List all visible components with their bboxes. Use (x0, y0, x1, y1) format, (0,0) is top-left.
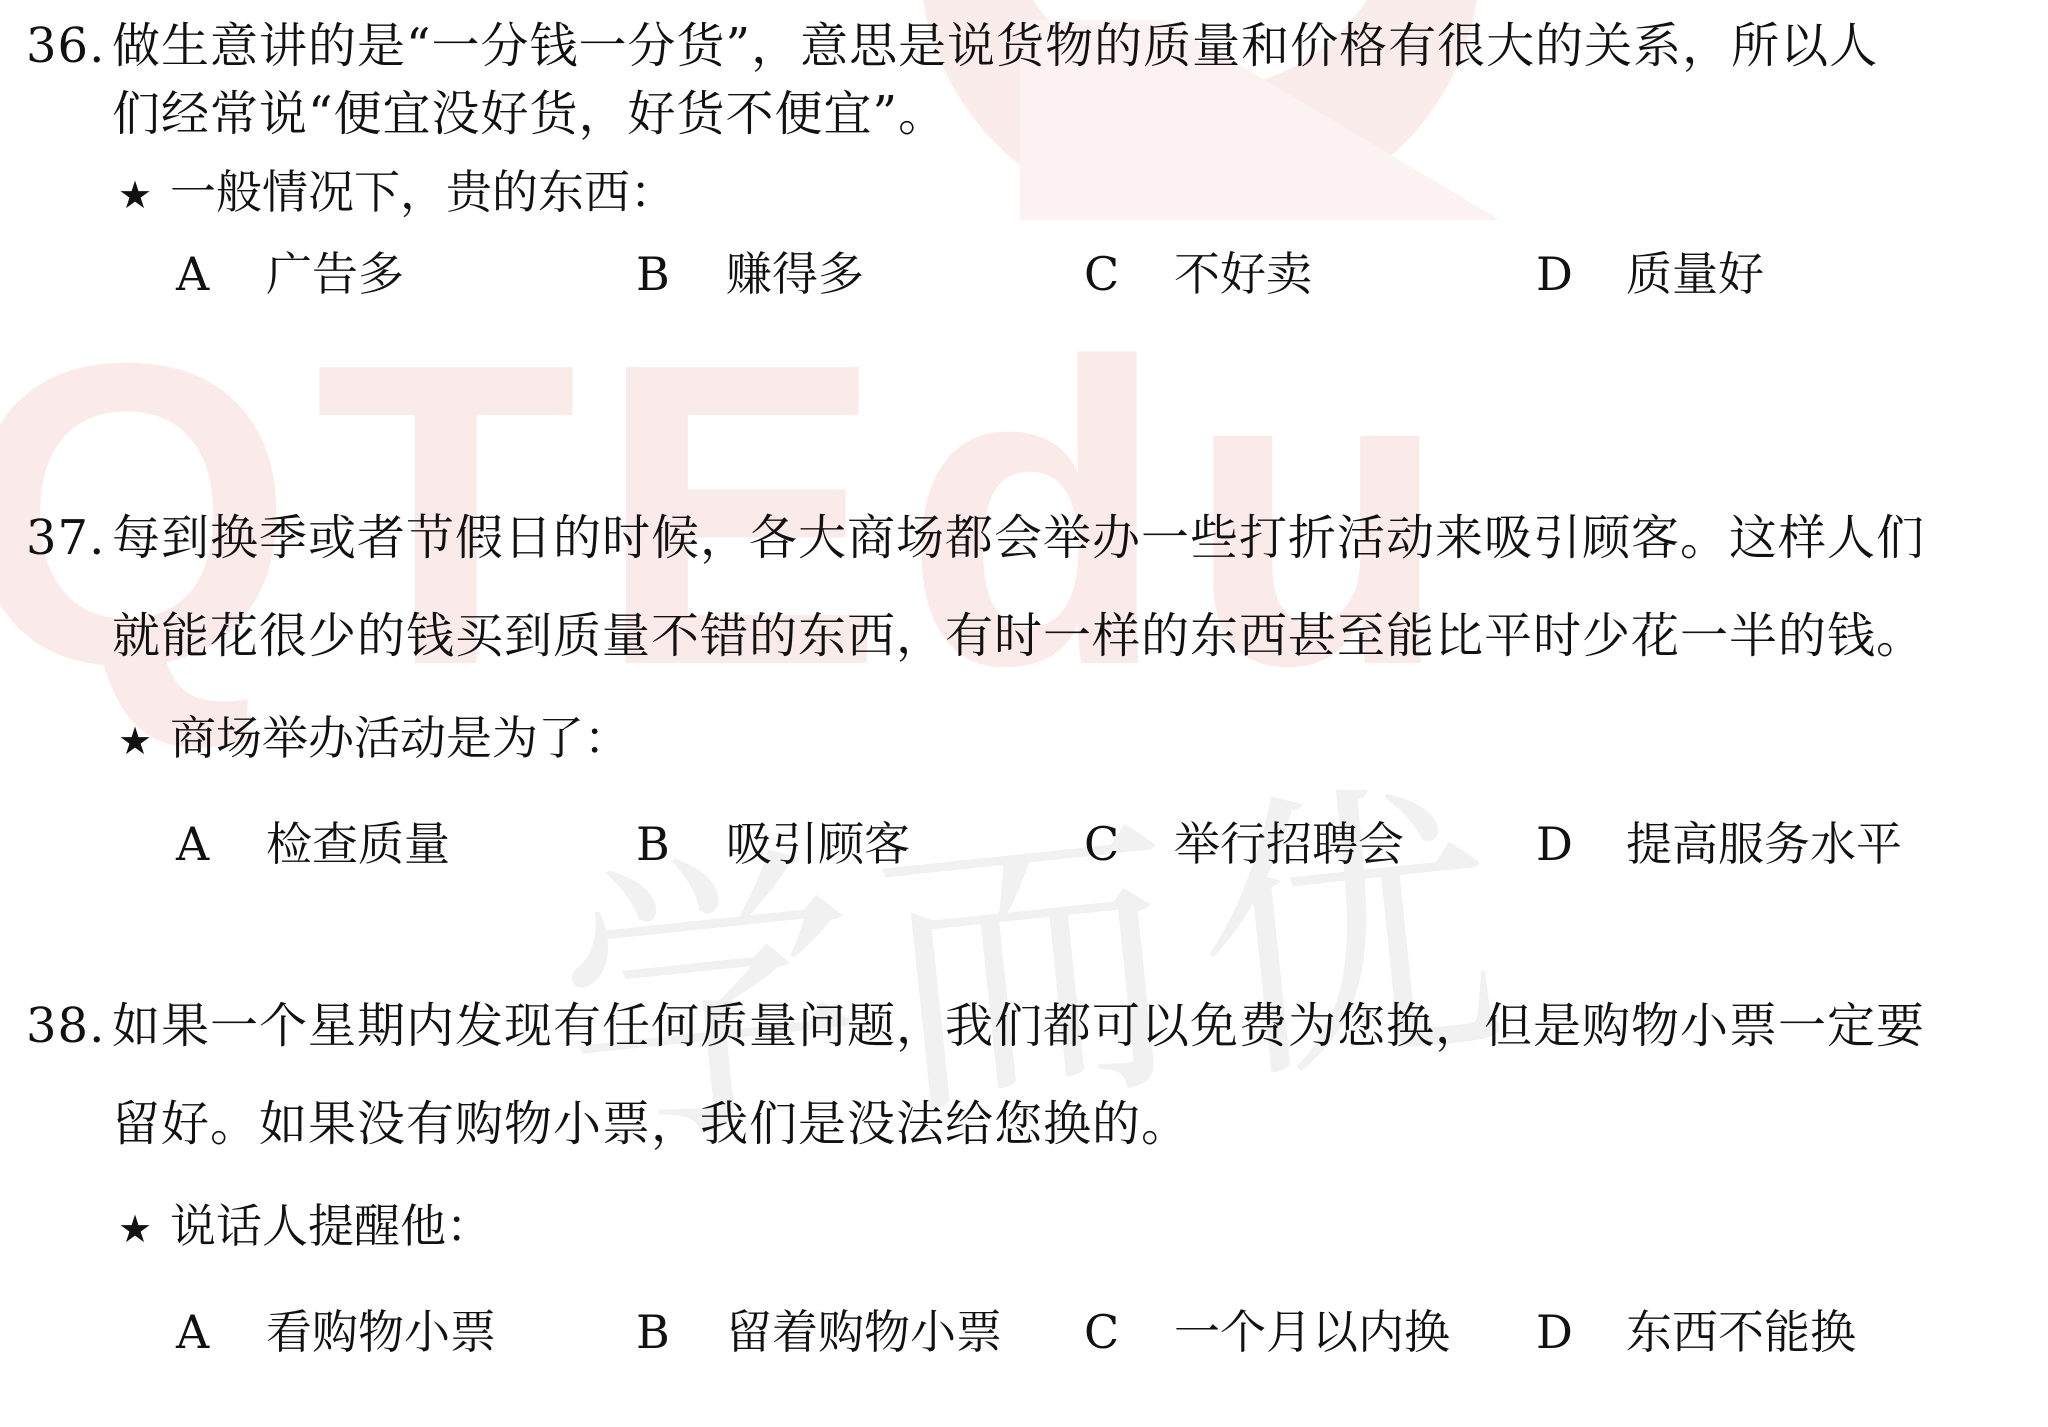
option-letter: C (1084, 244, 1174, 304)
option-text: 质量好 (1626, 247, 1764, 301)
option-letter: B (636, 814, 726, 874)
passage-text: 做生意讲的是“一分钱一分货”，意思是说货物的质量和价格有很大的关系，所以人 (112, 18, 1878, 74)
question-passage-line-2: 就能花很少的钱买到质量不错的东西，有时一样的东西甚至能比平时少花一半的钱。 (112, 606, 1925, 666)
prompt-text: 一般情况下，贵的东西： (170, 165, 676, 219)
option-text: 不好卖 (1174, 247, 1312, 301)
option-d[interactable]: D东西不能换 (1536, 1302, 1856, 1362)
question-passage-line-1: 38.如果一个星期内发现有任何质量问题，我们都可以免费为您换，但是购物小票一定要 (26, 996, 1925, 1056)
option-letter: B (636, 1302, 726, 1362)
option-letter: A (176, 814, 266, 874)
question-prompt: ★说话人提醒他： (118, 1196, 492, 1259)
question-passage-line-1: 37.每到换季或者节假日的时候，各大商场都会举办一些打折活动来吸引顾客。这样人们 (26, 508, 1925, 568)
option-letter: A (176, 1302, 266, 1362)
passage-text: 就能花很少的钱买到质量不错的东西，有时一样的东西甚至能比平时少花一半的钱。 (112, 608, 1925, 664)
passage-text: 留好。如果没有购物小票，我们是没法给您换的。 (112, 1096, 1190, 1152)
option-a[interactable]: A检查质量 (176, 814, 450, 874)
question-passage-line-2: 们经常说“便宜没好货，好货不便宜”。 (112, 84, 947, 144)
question-passage-line-2: 留好。如果没有购物小票，我们是没法给您换的。 (112, 1094, 1190, 1154)
option-text: 检查质量 (266, 817, 450, 871)
question-prompt: ★商场举办活动是为了： (118, 708, 630, 771)
option-letter: D (1536, 814, 1626, 874)
question-passage-line-1: 36.做生意讲的是“一分钱一分货”，意思是说货物的质量和价格有很大的关系，所以人 (26, 16, 1878, 76)
passage-text: 如果一个星期内发现有任何质量问题，我们都可以免费为您换，但是购物小票一定要 (112, 998, 1925, 1054)
question-number: 37. (26, 508, 112, 568)
prompt-text: 说话人提醒他： (170, 1199, 492, 1253)
prompt-text: 商场举办活动是为了： (170, 711, 630, 765)
option-text: 一个月以内换 (1174, 1305, 1450, 1359)
option-text: 赚得多 (726, 247, 864, 301)
option-c[interactable]: C举行招聘会 (1084, 814, 1404, 874)
option-letter: D (1536, 1302, 1626, 1362)
option-text: 吸引顾客 (726, 817, 910, 871)
option-c[interactable]: C一个月以内换 (1084, 1302, 1450, 1362)
option-letter: B (636, 244, 726, 304)
star-icon: ★ (118, 1199, 170, 1259)
option-letter: C (1084, 1302, 1174, 1362)
option-text: 东西不能换 (1626, 1305, 1856, 1359)
option-d[interactable]: D质量好 (1536, 244, 1764, 304)
option-a[interactable]: A广告多 (176, 244, 404, 304)
option-b[interactable]: B赚得多 (636, 244, 864, 304)
question-number: 36. (26, 16, 112, 76)
star-icon: ★ (118, 711, 170, 771)
option-c[interactable]: C不好卖 (1084, 244, 1312, 304)
question-prompt: ★一般情况下，贵的东西： (118, 162, 676, 225)
option-text: 留着购物小票 (726, 1305, 1002, 1359)
option-text: 提高服务水平 (1626, 817, 1902, 871)
question-number: 38. (26, 996, 112, 1056)
option-letter: C (1084, 814, 1174, 874)
star-icon: ★ (118, 165, 170, 225)
option-d[interactable]: D提高服务水平 (1536, 814, 1902, 874)
option-a[interactable]: A看购物小票 (176, 1302, 496, 1362)
option-letter: A (176, 244, 266, 304)
option-text: 广告多 (266, 247, 404, 301)
option-text: 举行招聘会 (1174, 817, 1404, 871)
passage-text: 每到换季或者节假日的时候，各大商场都会举办一些打折活动来吸引顾客。这样人们 (112, 510, 1925, 566)
option-letter: D (1536, 244, 1626, 304)
option-text: 看购物小票 (266, 1305, 496, 1359)
passage-text: 们经常说“便宜没好货，好货不便宜”。 (112, 86, 947, 142)
option-b[interactable]: B吸引顾客 (636, 814, 910, 874)
option-b[interactable]: B留着购物小票 (636, 1302, 1002, 1362)
